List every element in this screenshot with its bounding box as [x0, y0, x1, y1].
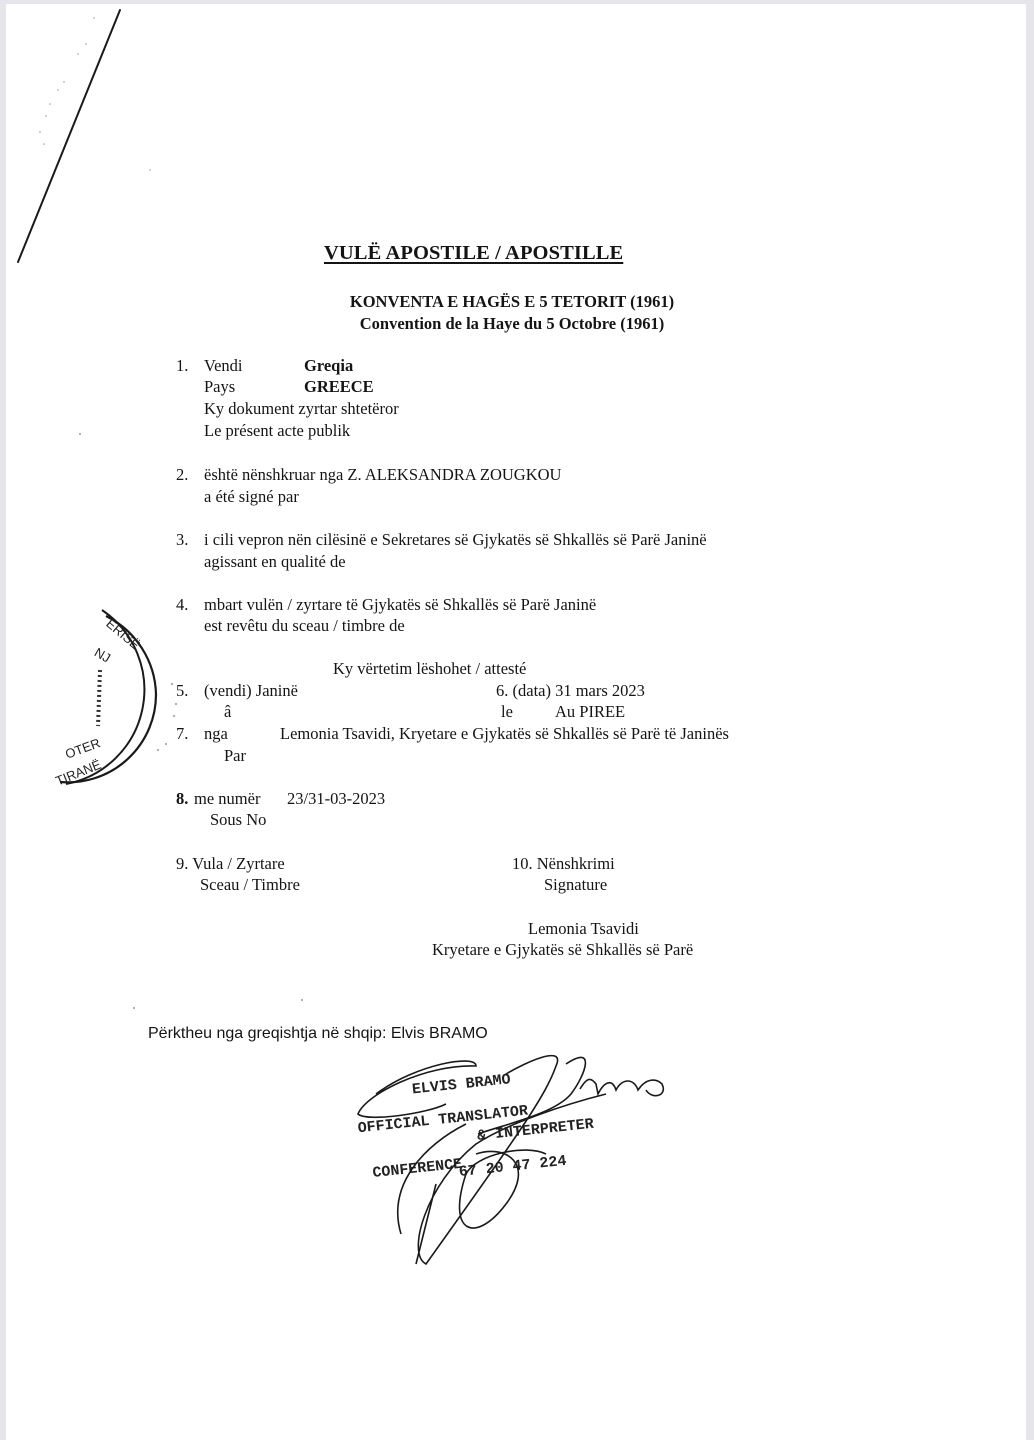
translator-stamp-and-signature: ELVIS BRAMO OFFICIAL TRANSLATOR & INTERP…	[6, 4, 1026, 1440]
stamp-line-1: ELVIS BRAMO	[411, 1071, 511, 1098]
stamp-line-4: CONFERENCE	[372, 1156, 463, 1182]
stamp-line-5: 67 20 47 224	[458, 1153, 567, 1181]
document-page: VULË APOSTILE / APOSTILLE KONVENTA E HAG…	[6, 4, 1026, 1440]
